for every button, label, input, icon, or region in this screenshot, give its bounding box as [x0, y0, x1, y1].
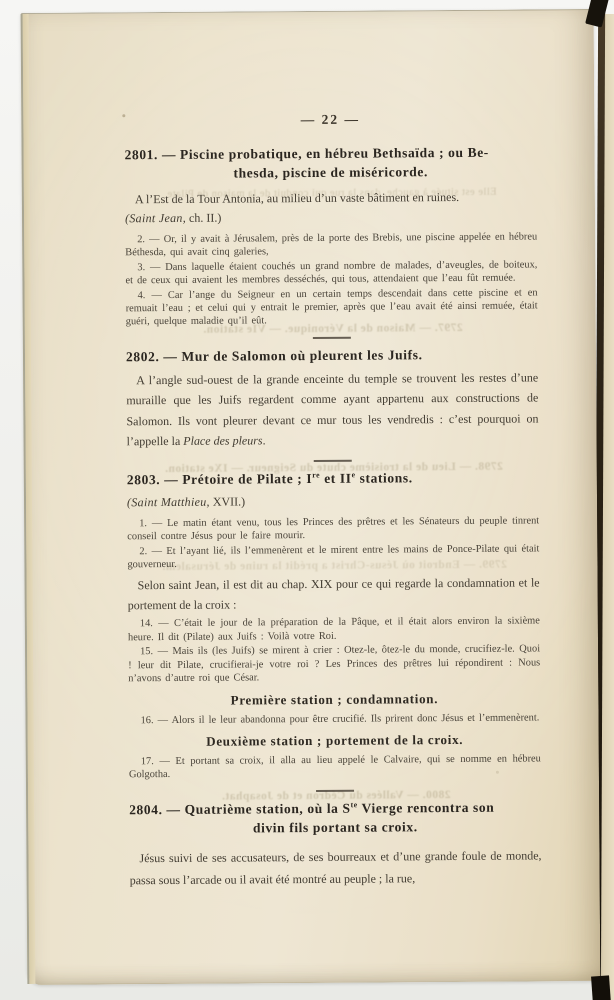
entry-2803: 2803. — Prétoire de Pilate ; Ire et IIe … [127, 467, 541, 782]
entry-2803-heading: 2803. — Prétoire de Pilate ; Ire et IIe … [127, 467, 539, 489]
entry-2804-body: Jésus suivi de ses accusateurs, de ses b… [129, 844, 541, 891]
reference-chapter: XVII.) [210, 494, 245, 508]
entry-2801-verse-2: 2. — Or, il y avait à Jérusalem, près de… [125, 230, 537, 260]
reference-chapter: ch. II.) [186, 211, 221, 225]
entry-2803-verse-15: 15. — Mais ils (les Juifs) se mirent à c… [128, 643, 540, 686]
place-des-pleurs-italic: Place des pleurs [183, 434, 262, 449]
first-station-subheading: Première station ; condamnation. [128, 690, 540, 709]
entry-2804: 2804. — Quatrième station, où la Ste Vie… [129, 797, 542, 891]
entry-2803-verse-1: 1. — Le matin étant venu, tous les Princ… [127, 514, 539, 544]
book-page: Elle est située à gauche, dans la rue qu… [21, 9, 601, 985]
entry-2801-verse-3: 3. — Dans laquelle étaient couchés un gr… [125, 258, 537, 288]
entry-2801: 2801. — Piscine probatique, en hébreu Be… [125, 142, 538, 329]
entry-2803-verse-2: 2. — Et l’ayant lié, ils l’emmenèrent et… [127, 542, 539, 572]
entry-2801-heading-line1: 2801. — Piscine probatique, en hébreu Be… [125, 142, 537, 164]
heading-text: 2804. — Quatrième station, où la S [129, 800, 351, 817]
heading-text: 2803. — Prétoire de Pilate ; I [127, 471, 312, 487]
entry-2801-verse-4: 4. — Car l’ange du Seigneur en un certai… [126, 286, 538, 329]
entry-2804-heading-line2: divin fils portant sa croix. [129, 816, 541, 838]
entry-2801-reference: (Saint Jean, ch. II.) [125, 206, 537, 227]
section-divider [316, 789, 354, 791]
reference-source: (Saint Jean, [125, 211, 186, 225]
photo-background: Elle est située à gauche, dans la rue qu… [0, 0, 614, 1000]
entry-2803-verse-17: 17. — Et portant sa croix, il alla au li… [129, 752, 541, 782]
heading-text: stations. [356, 470, 413, 485]
second-station-subheading: Deuxième station ; portement de la croix… [129, 731, 541, 750]
entry-2802-body: A l’angle sud-ouest de la grande enceint… [126, 367, 539, 452]
section-divider [313, 337, 351, 339]
page-content: — 22 — 2801. — Piscine probatique, en hé… [124, 110, 541, 893]
heading-superscript: te [351, 800, 358, 809]
page-number: — 22 — [124, 110, 536, 129]
entry-2802-heading: 2802. — Mur de Salomon où pleurent les J… [126, 344, 538, 366]
entry-2804-heading-line1: 2804. — Quatrième station, où la Ste Vie… [129, 797, 541, 819]
entry-2803-verse-14: 14. — C’était le jour de la préparation … [128, 615, 540, 645]
heading-text: Vierge rencontra son [358, 799, 495, 815]
entry-2803-verse-16: 16. — Alors il le leur abandonna pour êt… [129, 711, 541, 727]
heading-text: et II [320, 471, 351, 486]
ribbon-bookmark-bottom [591, 975, 611, 1000]
entry-2801-heading-line2: thesda, piscine de miséricorde. [125, 161, 537, 183]
section-divider [314, 460, 352, 462]
entry-2802: 2802. — Mur de Salomon où pleurent les J… [126, 344, 539, 452]
entry-2803-reference: (Saint Matthieu, XVII.) [127, 490, 539, 511]
reference-source: (Saint Matthieu, [127, 495, 210, 510]
entry-2803-selon-paragraph: Selon saint Jean, il est dit au chap. XI… [128, 573, 540, 616]
paragraph-text: . [263, 434, 266, 448]
